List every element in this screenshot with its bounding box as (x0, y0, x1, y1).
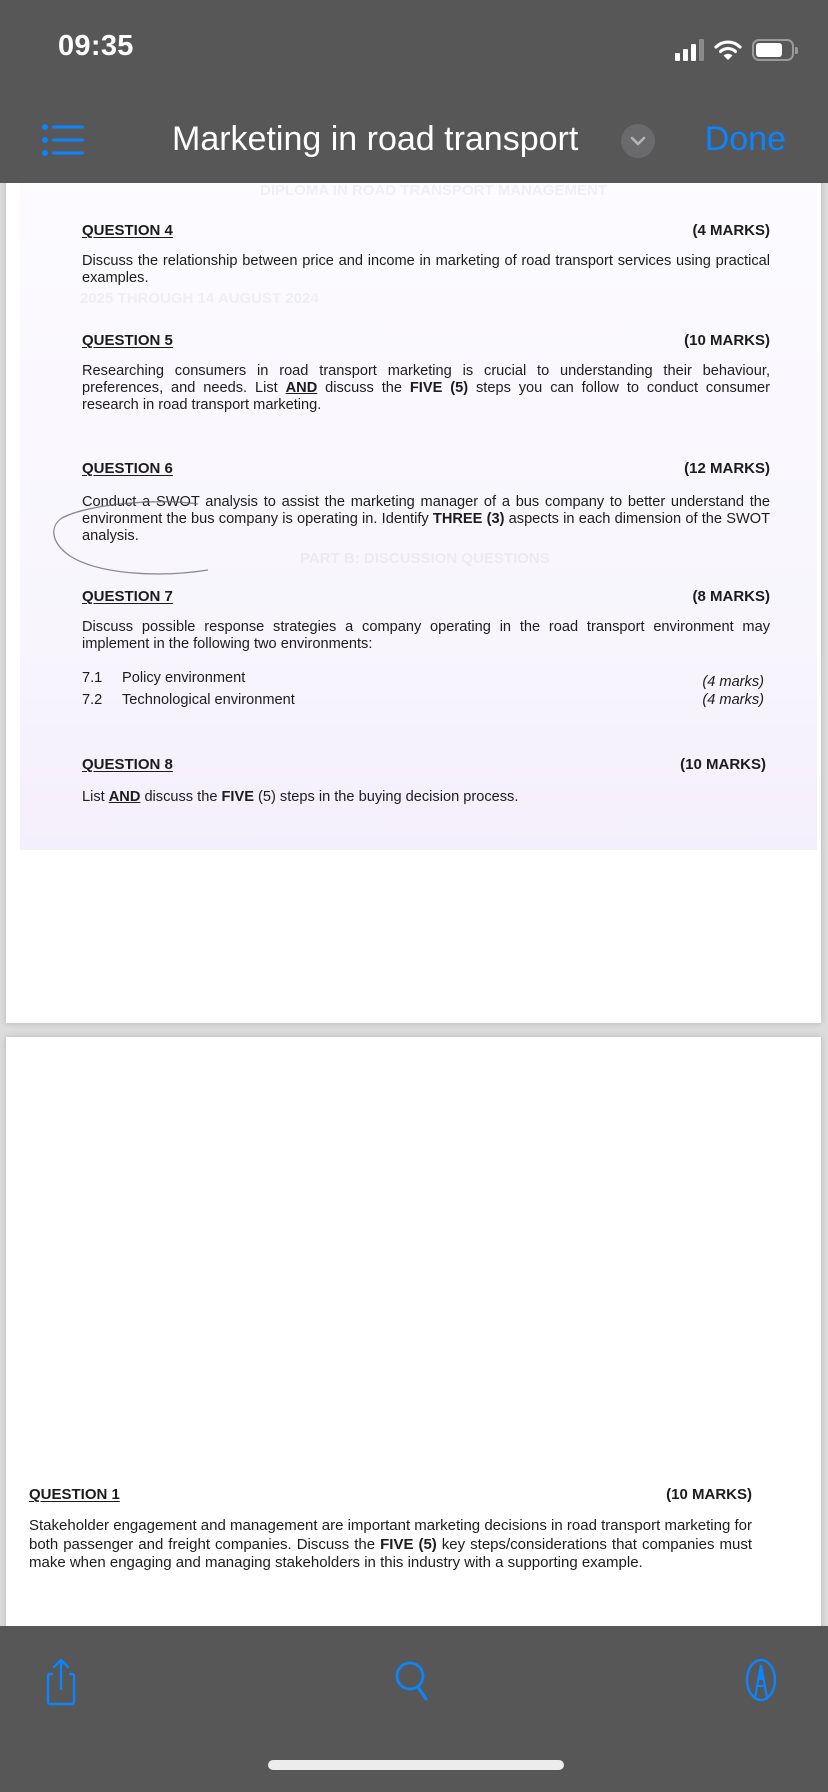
sub-question: 7.2Technological environment (4 marks) (82, 691, 770, 709)
list-icon (40, 122, 90, 162)
search-button[interactable] (390, 1656, 440, 1706)
sub-question-list: 7.1Policy environment (4 marks) 7.2Techn… (82, 669, 770, 709)
question-title: QUESTION 6 (82, 460, 173, 477)
chevron-down-icon (621, 124, 655, 158)
question-text: Discuss possible response strategies a c… (82, 619, 770, 653)
top-bar: 09:35 Marketing in road transport (0, 0, 828, 183)
title-menu-button[interactable] (621, 124, 655, 158)
question-4: QUESTION 4 (4 MARKS) Discuss the relatio… (82, 222, 770, 287)
question-6: QUESTION 6 (12 MARKS) Conduct a SWOT ana… (82, 460, 770, 545)
question-marks: (4 MARKS) (693, 222, 771, 239)
share-button[interactable] (38, 1656, 88, 1706)
sub-question: 7.1Policy environment (4 marks) (82, 669, 770, 691)
question-title: QUESTION 8 (82, 756, 173, 773)
question-title: QUESTION 1 (29, 1486, 120, 1503)
bleed-through-text: PART B: DISCUSSION QUESTIONS (300, 550, 550, 567)
question-marks: (10 MARKS) (680, 756, 766, 773)
bleed-through-text: DIPLOMA IN ROAD TRANSPORT MANAGEMENT (260, 182, 607, 199)
question-marks: (12 MARKS) (684, 460, 770, 477)
question-text: Stakeholder engagement and management ar… (29, 1517, 752, 1573)
status-icons (675, 36, 794, 64)
bottom-toolbar (0, 1626, 828, 1792)
question-5: QUESTION 5 (10 MARKS) Researching consum… (82, 332, 770, 414)
question-title: QUESTION 5 (82, 332, 173, 349)
question-marks: (10 MARKS) (666, 1486, 752, 1503)
question-8: QUESTION 8 (10 MARKS) List AND discuss t… (82, 753, 766, 806)
question-7: QUESTION 7 (8 MARKS) Discuss possible re… (82, 588, 770, 709)
outline-list-button[interactable] (40, 122, 90, 162)
done-button[interactable]: Done (705, 120, 786, 159)
question-text: Researching consumers in road transport … (82, 363, 770, 414)
markup-button[interactable] (736, 1656, 786, 1706)
question-text: List AND discuss the FIVE (5) steps in t… (82, 789, 766, 806)
share-icon (38, 1656, 88, 1706)
cellular-signal-icon (675, 39, 704, 61)
search-icon (390, 1656, 440, 1706)
battery-icon (752, 39, 794, 61)
question-text: Conduct a SWOT analysis to assist the ma… (82, 494, 770, 545)
document-title[interactable]: Marketing in road transport (172, 120, 578, 159)
question-marks: (10 MARKS) (684, 332, 770, 349)
wifi-icon (714, 39, 742, 61)
bleed-through-text: 2025 THROUGH 14 AUGUST 2024 (80, 290, 319, 307)
question-title: QUESTION 4 (82, 222, 173, 239)
question-marks: (8 MARKS) (693, 588, 771, 605)
question-1: QUESTION 1 (10 MARKS) Stakeholder engage… (29, 1480, 752, 1573)
home-indicator[interactable] (268, 1760, 564, 1770)
markup-pen-icon (736, 1656, 786, 1706)
question-text: Discuss the relationship between price a… (82, 253, 770, 287)
status-time: 09:35 (58, 30, 134, 63)
nav-bar: Marketing in road transport Done (0, 100, 828, 180)
question-title: QUESTION 7 (82, 588, 173, 605)
